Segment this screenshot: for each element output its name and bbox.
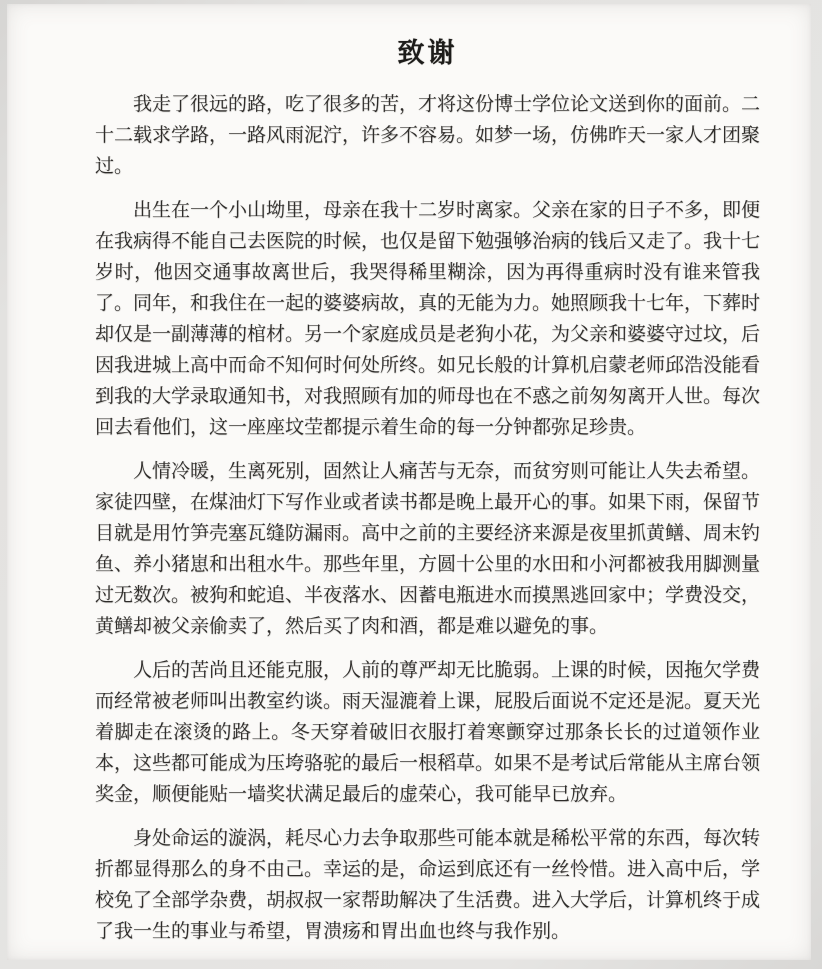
paragraph-5: 身处命运的漩涡，耗尽心力去争取那些可能本就是稀松平常的东西，每次转折都显得那么的… bbox=[95, 823, 760, 947]
paragraph-4: 人后的苦尚且还能克服，人前的尊严却无比脆弱。上课的时候，因拖欠学费而经常被老师叫… bbox=[95, 655, 760, 810]
paragraph-3: 人情冷暖，生离死别，固然让人痛苦与无奈，而贫穷则可能让人失去希望。家徒四壁，在煤… bbox=[95, 456, 760, 642]
document-photo: 致谢 我走了很远的路，吃了很多的苦，才将这份博士学位论文送到你的面前。二十二载求… bbox=[0, 0, 822, 969]
paragraph-1: 我走了很远的路，吃了很多的苦，才将这份博士学位论文送到你的面前。二十二载求学路，… bbox=[95, 89, 760, 182]
page-content: 致谢 我走了很远的路，吃了很多的苦，才将这份博士学位论文送到你的面前。二十二载求… bbox=[95, 4, 760, 947]
dissertation-page: 致谢 我走了很远的路，吃了很多的苦，才将这份博士学位论文送到你的面前。二十二载求… bbox=[7, 4, 811, 960]
page-title: 致谢 bbox=[95, 31, 760, 70]
paragraph-2: 出生在一个小山坳里，母亲在我十二岁时离家。父亲在家的日子不多，即便在我病得不能自… bbox=[95, 195, 760, 443]
